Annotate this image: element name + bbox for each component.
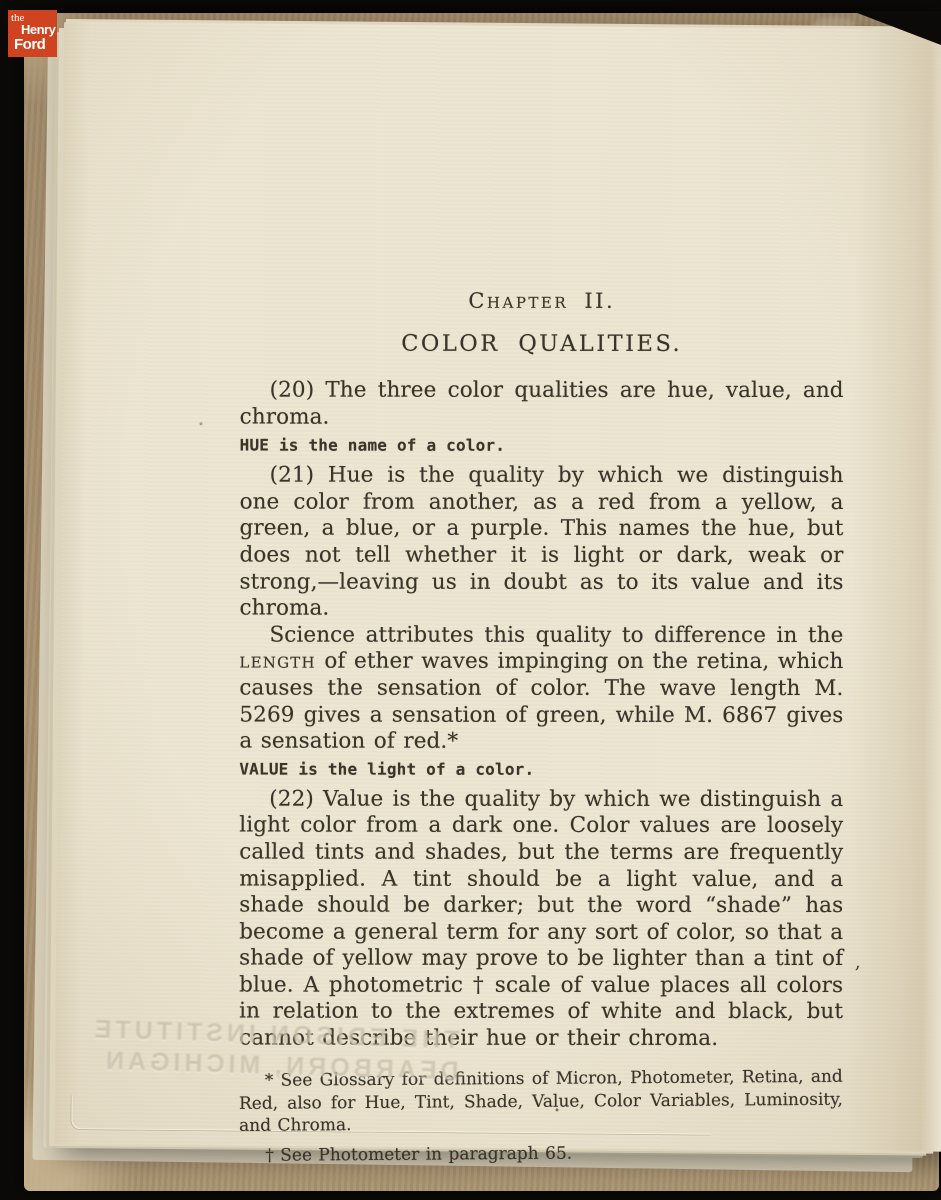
henry-ford-logo: the Henry Ford [8, 10, 57, 57]
book-page: Chapter II. COLOR QUALITIES. (20) The th… [54, 22, 941, 1152]
footnote-dagger: † See Photometer in paragraph 65. [239, 1140, 843, 1167]
logo-text-henry: Henry [21, 23, 57, 36]
logo-text-ford: Ford [14, 37, 57, 52]
science-text-before: Science attributes this quality to diffe… [269, 622, 843, 648]
paragraph-20: (20) The three color qualities are hue, … [240, 378, 844, 432]
chapter-title: COLOR QUALITIES. [240, 330, 844, 359]
value-definition-line: VALUE is the light of a color. [239, 758, 843, 781]
paper-speck [556, 1108, 559, 1111]
science-smallcaps-length: length [239, 649, 315, 674]
chapter-heading: Chapter II. [240, 288, 844, 315]
photo-background: { "branding": { "logo": { "the": "the", … [0, 0, 941, 1200]
page-text-block: Chapter II. COLOR QUALITIES. (20) The th… [239, 24, 844, 1165]
paragraph-22: (22) Value is the quality by which we di… [239, 786, 843, 1052]
stray-ink-mark: , [855, 951, 861, 973]
paragraph-science: Science attributes this quality to diffe… [239, 622, 843, 755]
paper-speck [199, 422, 202, 425]
paragraph-21: (21) Hue is the quality by which we dist… [239, 463, 843, 623]
science-text-after: of ether waves impinging on the retina, … [239, 649, 843, 754]
bleedthrough-stamp: THE EDISON INSTITUTE DEARBORN, MICHIGAN [70, 1014, 460, 1087]
hue-definition-line: HUE is the name of a color. [240, 435, 844, 458]
